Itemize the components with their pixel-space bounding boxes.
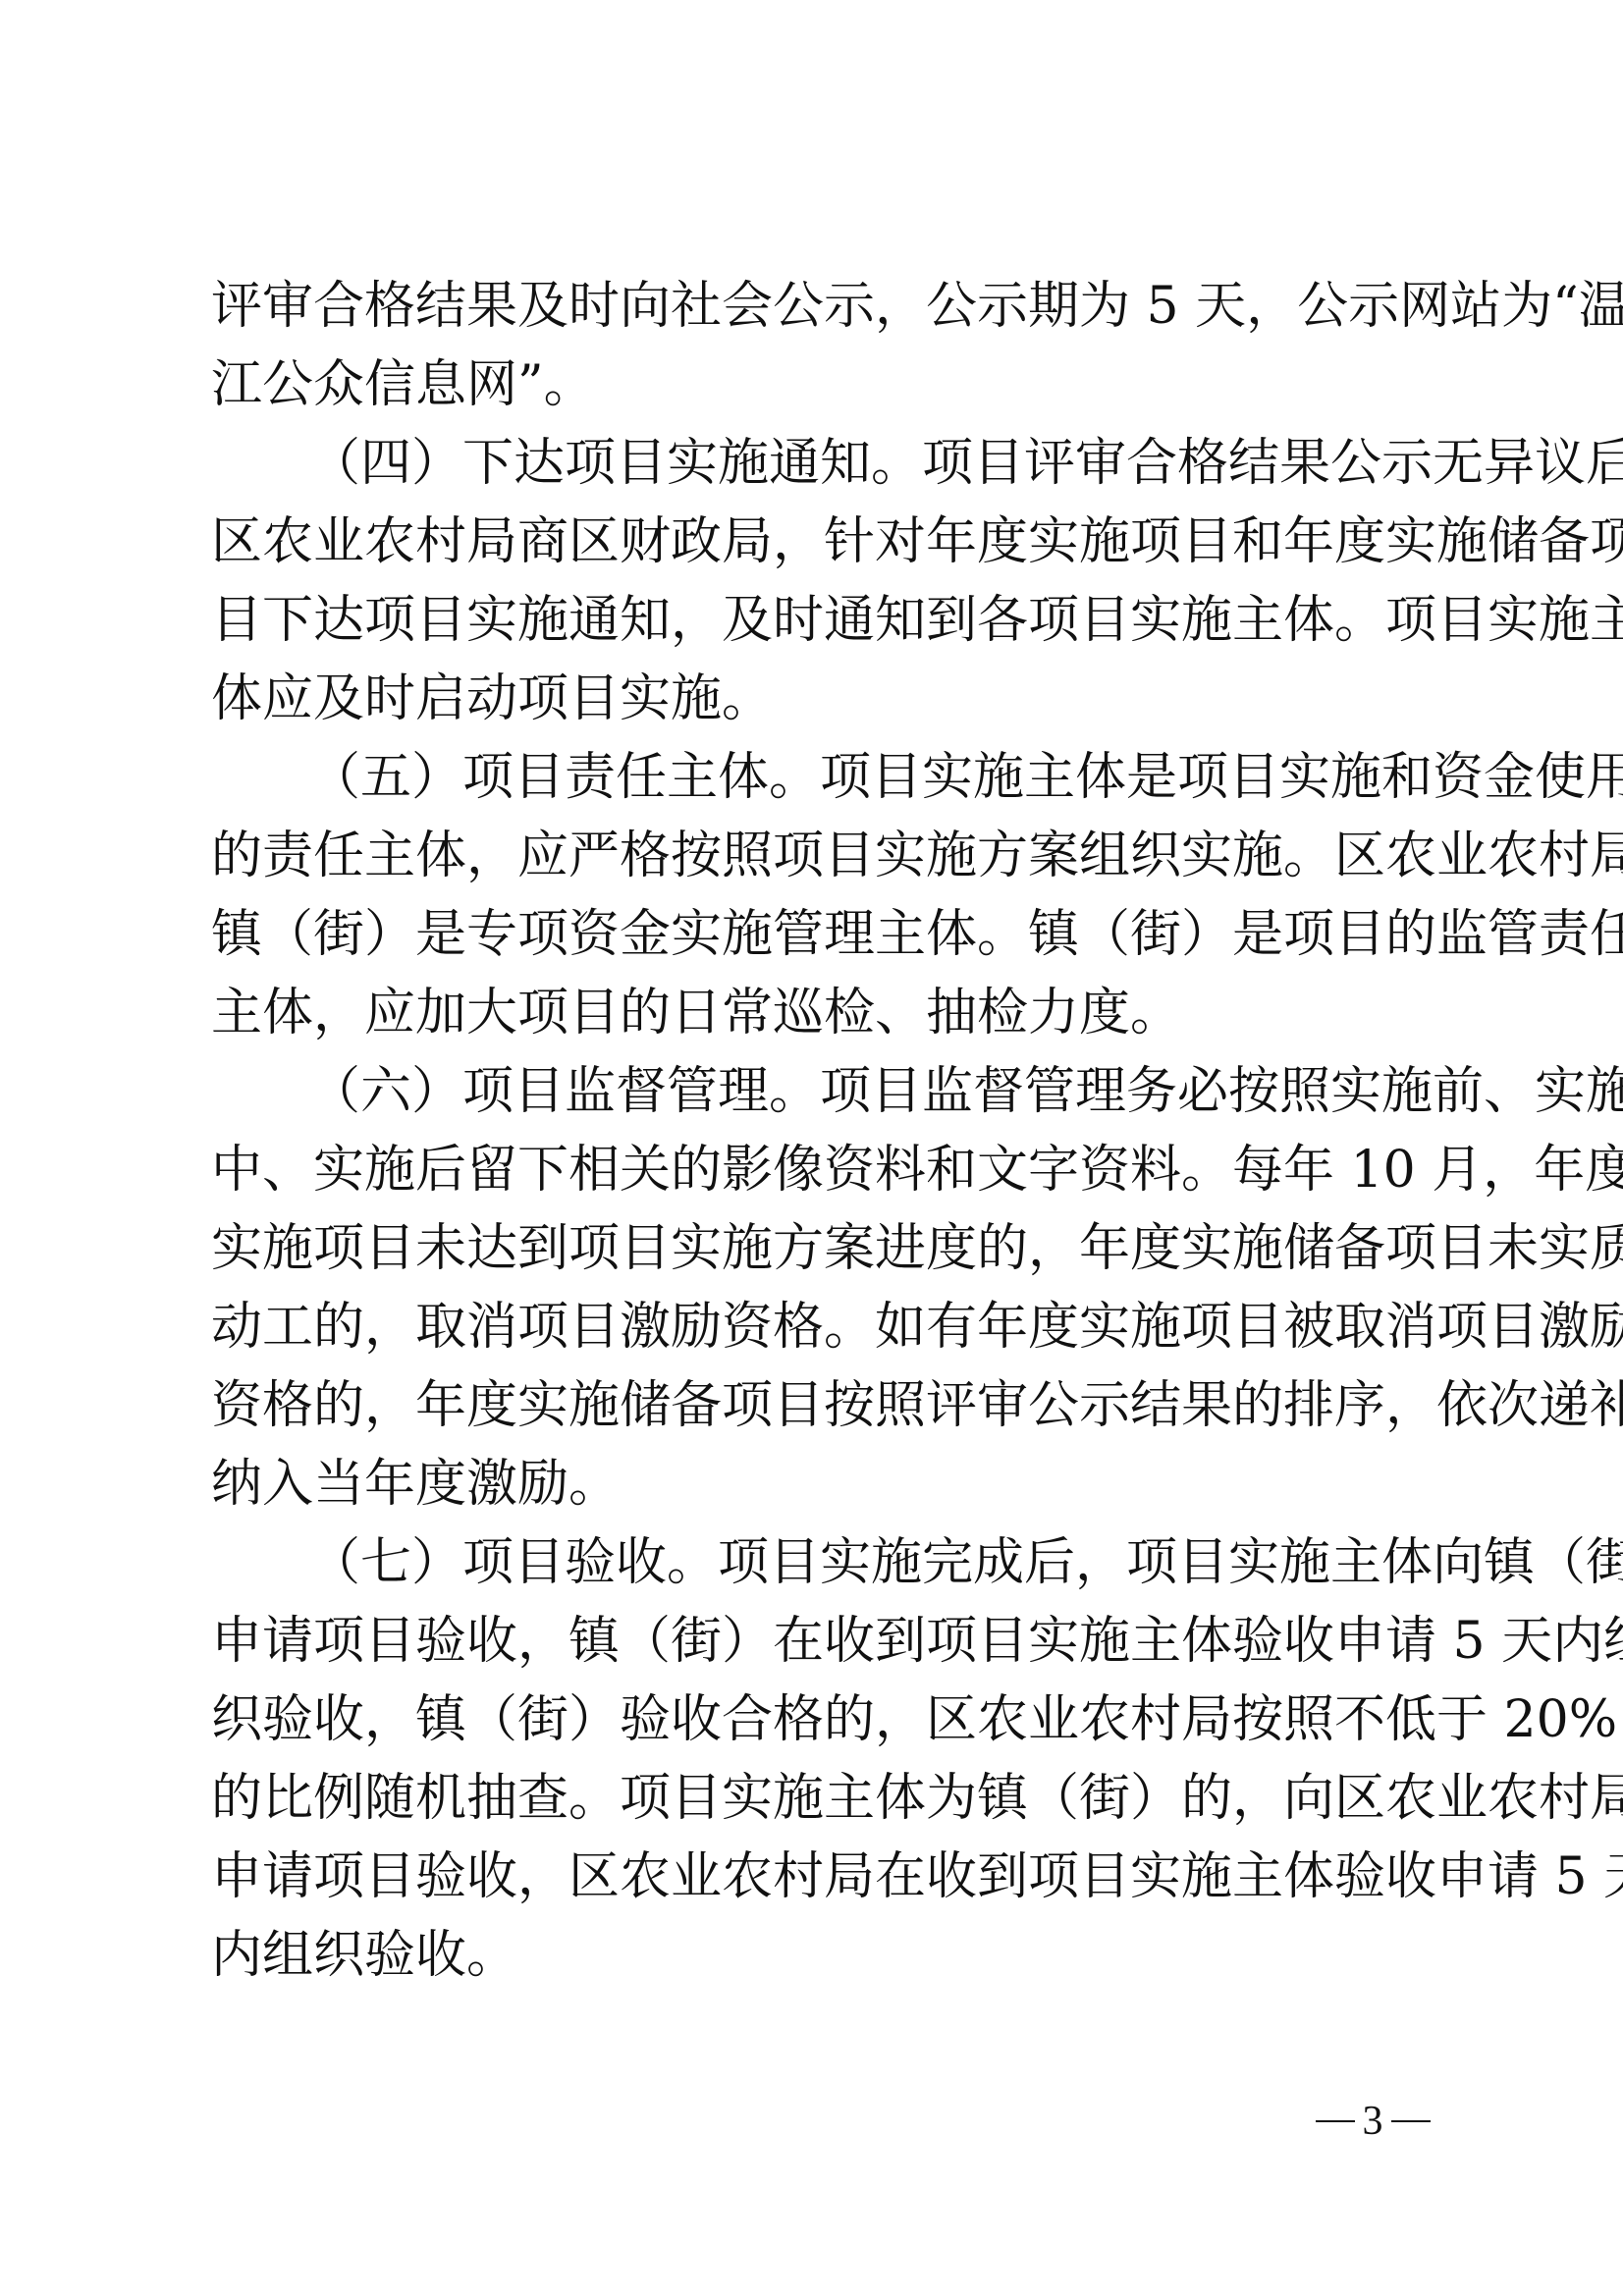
paragraph-continued: 评审合格结果及时向社会公示，公示期为 5 天，公示网站为“温 江公众信息网”。 [211,267,1417,424]
paragraph-responsible-entity: （五）项目责任主体。项目实施主体是项目实施和资金使用 的责任主体，应严格按照项目… [211,738,1417,1052]
text-line: 镇（街）是专项资金实施管理主体。镇（街）是项目的监管责任 [211,895,1417,974]
text-line: 区农业农村局商区财政局，针对年度实施项目和年度实施储备项 [211,503,1417,581]
text-line: 目下达项目实施通知，及时通知到各项目实施主体。项目实施主 [211,581,1417,660]
paragraph-issue-notice: （四）下达项目实施通知。项目评审合格结果公示无异议后， 区农业农村局商区财政局，… [211,424,1417,738]
document-page: 评审合格结果及时向社会公示，公示期为 5 天，公示网站为“温 江公众信息网”。 … [0,0,1623,2296]
text-line: 申请项目验收，镇（街）在收到项目实施主体验收申请 5 天内组 [211,1602,1417,1681]
page-number: 3 [1294,2097,1451,2146]
text-line: 的责任主体，应严格按照项目实施方案组织实施。区农业农村局、 [211,817,1417,895]
paragraph-acceptance: （七）项目验收。项目实施完成后，项目实施主体向镇（街） 申请项目验收，镇（街）在… [211,1523,1417,1995]
text-line: 内组织验收。 [211,1916,1417,1995]
page-number-dash-left [1316,2120,1355,2122]
text-line: 中、实施后留下相关的影像资料和文字资料。每年 10 月，年度 [211,1131,1417,1209]
page-number-dash-right [1391,2120,1431,2122]
text-line: 动工的，取消项目激励资格。如有年度实施项目被取消项目激励 [211,1288,1417,1366]
text-line: 江公众信息网”。 [211,346,1417,424]
text-line: 资格的，年度实施储备项目按照评审公示结果的排序，依次递补， [211,1366,1417,1445]
text-line: 织验收，镇（街）验收合格的，区农业农村局按照不低于 20% [211,1681,1417,1759]
text-line: 评审合格结果及时向社会公示，公示期为 5 天，公示网站为“温 [211,267,1417,346]
paragraph-heading-line: （四）下达项目实施通知。项目评审合格结果公示无异议后， [211,424,1417,503]
paragraph-heading-line: （六）项目监督管理。项目监督管理务必按照实施前、实施 [211,1052,1417,1131]
paragraph-supervision: （六）项目监督管理。项目监督管理务必按照实施前、实施 中、实施后留下相关的影像资… [211,1052,1417,1523]
text-line: 主体，应加大项目的日常巡检、抽检力度。 [211,974,1417,1052]
text-line: 实施项目未达到项目实施方案进度的，年度实施储备项目未实质 [211,1209,1417,1288]
text-line: 纳入当年度激励。 [211,1445,1417,1523]
page-number-value: 3 [1363,2098,1383,2145]
text-line: 申请项目验收，区农业农村局在收到项目实施主体验收申请 5 天 [211,1838,1417,1916]
text-line: 的比例随机抽查。项目实施主体为镇（街）的，向区农业农村局 [211,1759,1417,1838]
paragraph-heading-line: （五）项目责任主体。项目实施主体是项目实施和资金使用 [211,738,1417,817]
paragraph-heading-line: （七）项目验收。项目实施完成后，项目实施主体向镇（街） [211,1523,1417,1602]
document-body: 评审合格结果及时向社会公示，公示期为 5 天，公示网站为“温 江公众信息网”。 … [211,267,1417,1995]
text-line: 体应及时启动项目实施。 [211,660,1417,738]
